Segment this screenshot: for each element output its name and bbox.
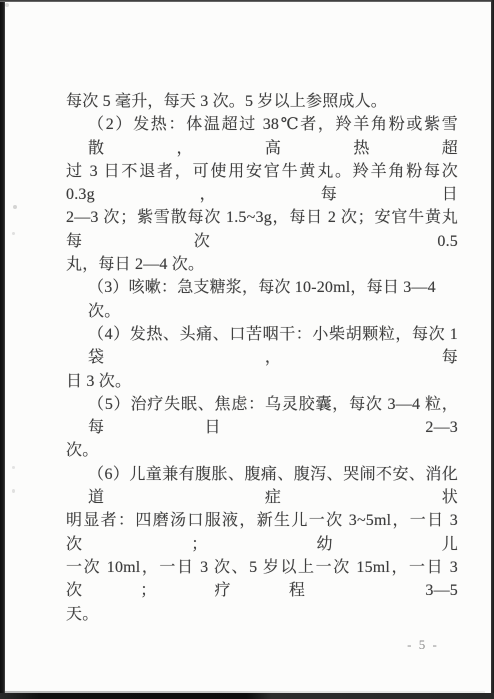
document-line: 2—3 次；紫雪散每次 1.5~3g，每日 2 次；安官牛黄丸每次 0.5: [66, 206, 458, 253]
page-number: - 5 -: [398, 637, 448, 653]
document-body: 每次 5 毫升，每天 3 次。5 岁以上参照成人。（2）发热：体温超过 38℃者…: [66, 90, 458, 626]
document-line: （5）治疗失眠、焦虑：乌灵胶囊，每次 3—4 粒，每日 2—3: [66, 393, 458, 440]
document-line: （4）发热、头痛、口苦咽干：小柴胡颗粒，每次 1 袋，每: [66, 323, 458, 370]
scan-edge-top: [0, 0, 494, 2]
scan-speckle: [5, 3, 9, 7]
scan-speckle: [12, 489, 15, 493]
document-line: 过 3 日不退者，可使用安官牛黄丸。羚羊角粉每次 0.3g，每日: [66, 160, 458, 207]
scan-edge-left: [0, 0, 5, 699]
document-line: （6）儿童兼有腹胀、腹痛、腹泻、哭闹不安、消化道症状: [66, 463, 458, 510]
document-line: 每次 5 毫升，每天 3 次。5 岁以上参照成人。: [66, 90, 458, 113]
document-line: （3）咳嗽：急支糖浆，每次 10-20ml，每日 3—4 次。: [66, 276, 458, 323]
document-line: 明显者：四磨汤口服液，新生儿一次 3~5ml，一日 3 次；幼儿: [66, 509, 458, 556]
document-line: （2）发热：体温超过 38℃者，羚羊角粉或紫雪散，高热超: [66, 113, 458, 160]
scan-speckle: [13, 205, 17, 209]
document-line: 一次 10ml，一日 3 次、5 岁以上一次 15ml，一日 3 次；疗程 3—…: [66, 556, 458, 603]
scanned-document-page: 每次 5 毫升，每天 3 次。5 岁以上参照成人。（2）发热：体温超过 38℃者…: [0, 0, 494, 699]
scan-speckle: [12, 232, 15, 235]
scan-edge-bottom: [0, 693, 494, 699]
document-line: 天。: [66, 603, 458, 626]
document-line: 丸，每日 2—4 次。: [66, 253, 458, 276]
document-line: 次。: [66, 439, 458, 462]
scan-speckle: [12, 466, 15, 469]
document-line: 日 3 次。: [66, 370, 458, 393]
